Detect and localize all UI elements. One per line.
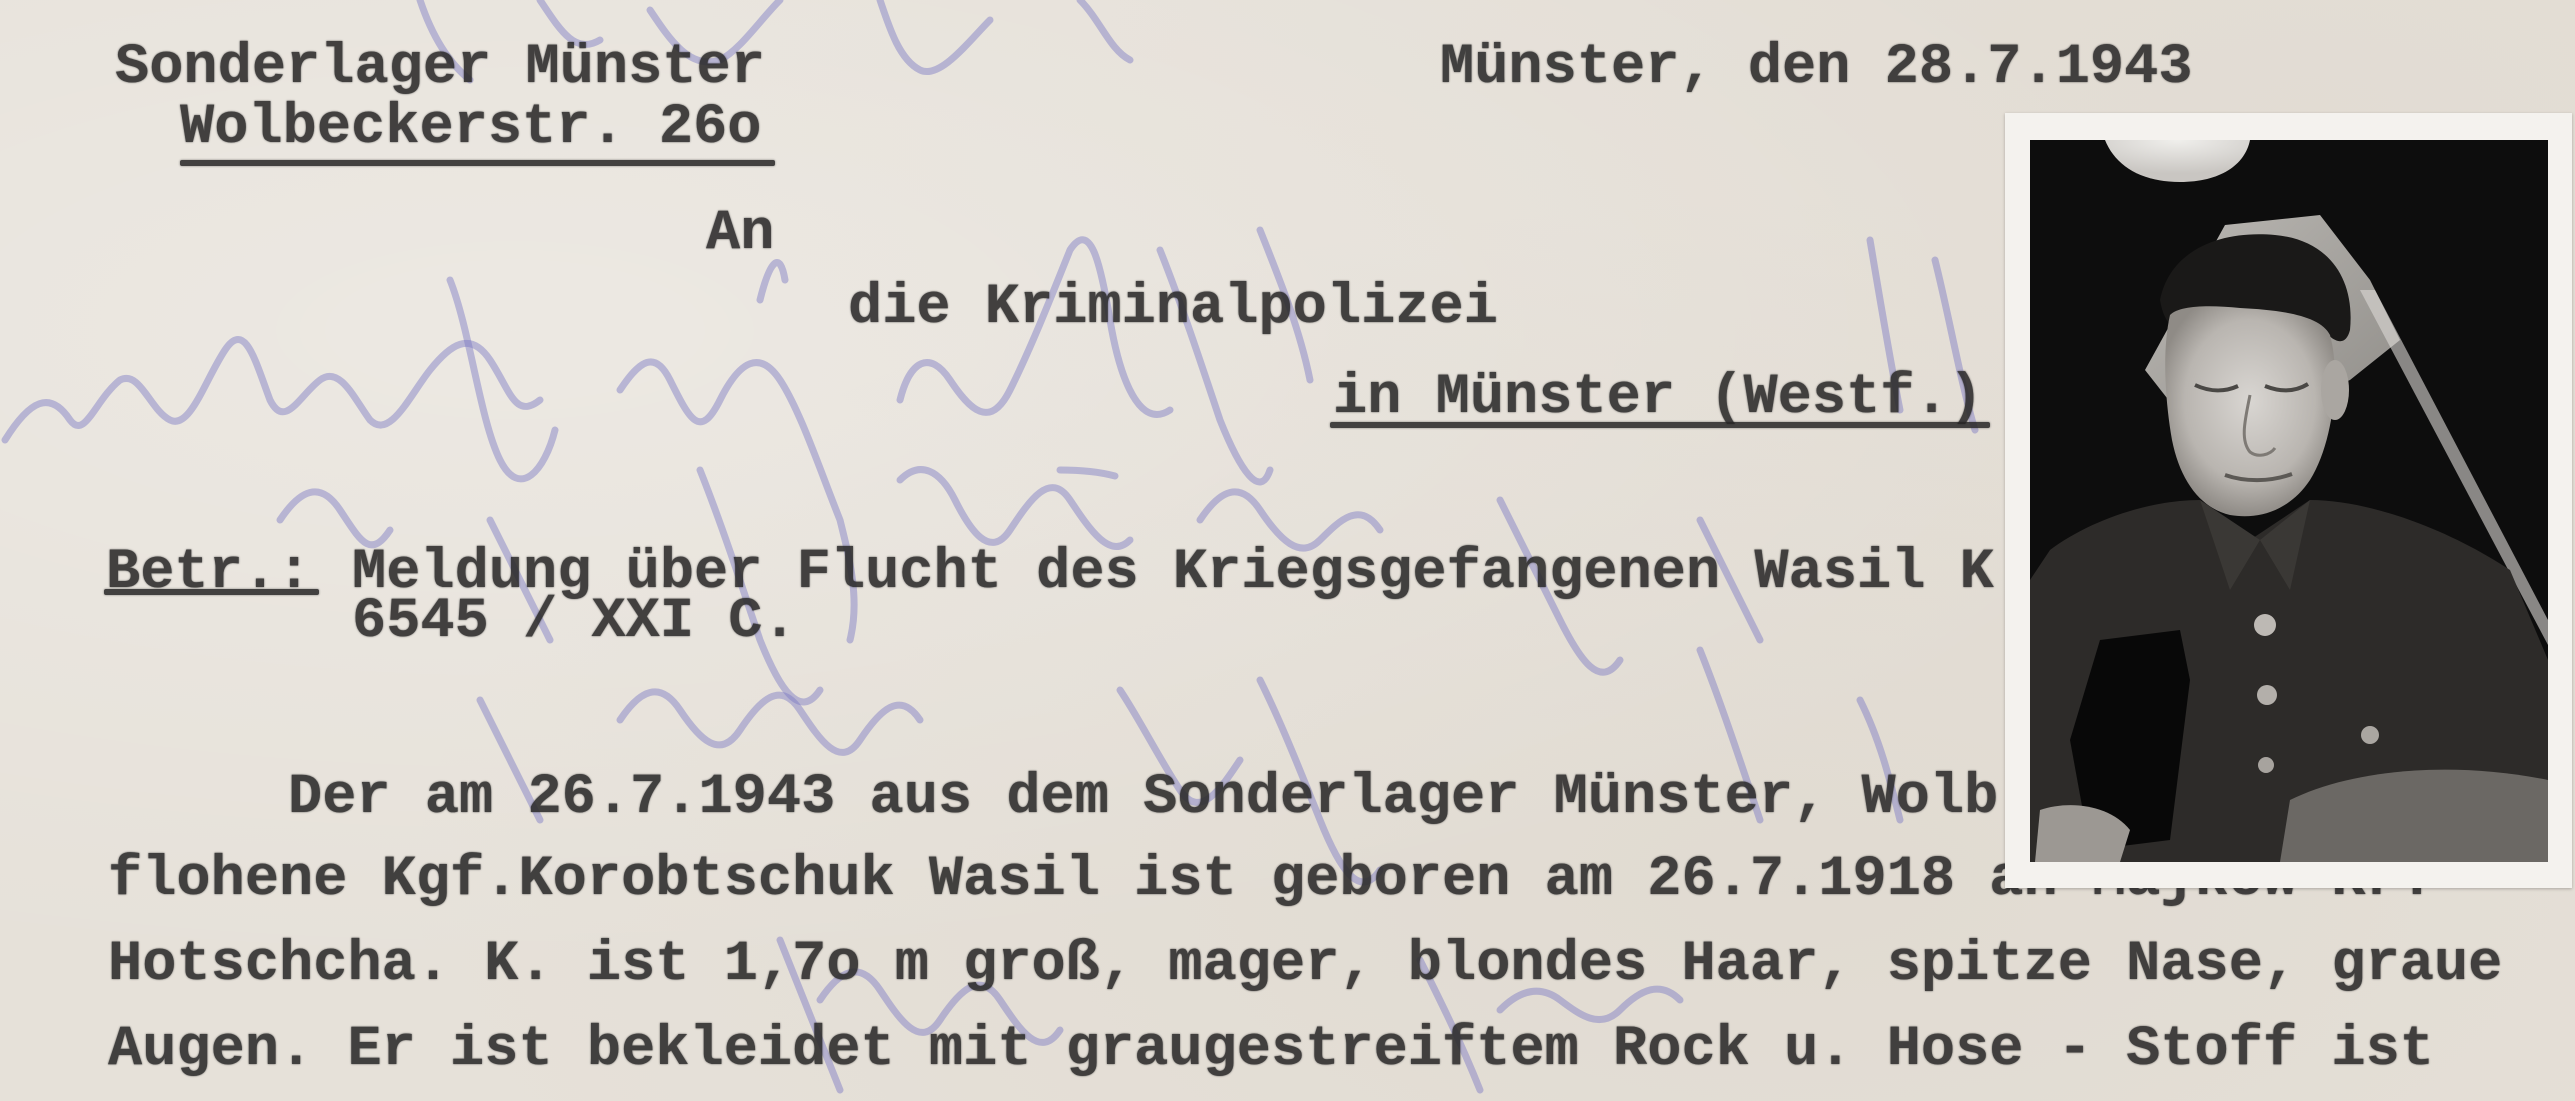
subject-label-underline bbox=[104, 589, 319, 595]
body-line-3: Hotschcha. K. ist 1,7o m groß, mager, bl… bbox=[108, 937, 2502, 994]
body-line-1: Der am 26.7.1943 aus dem Sonderlager Mün… bbox=[288, 770, 1998, 827]
attached-photo bbox=[2005, 113, 2572, 888]
sender-line-2: Wolbeckerstr. 26o bbox=[180, 100, 762, 157]
body-line-4: Augen. Er ist bekleidet mit graugestreif… bbox=[108, 1022, 2434, 1079]
place-date: Münster, den 28.7.1943 bbox=[1440, 40, 2193, 97]
recipient-salutation: An bbox=[706, 206, 774, 263]
subject-line-2: 6545 / XXI C. bbox=[352, 594, 797, 651]
recipient-line-1: die Kriminalpolizei bbox=[848, 280, 1498, 337]
sender-line-1: Sonderlager Münster bbox=[115, 40, 765, 97]
recipient-line-2: in Münster (Westf.) bbox=[1333, 370, 1983, 427]
sender-underline bbox=[180, 160, 775, 166]
recipient-underline bbox=[1330, 422, 1990, 428]
portrait-image bbox=[2030, 140, 2548, 862]
